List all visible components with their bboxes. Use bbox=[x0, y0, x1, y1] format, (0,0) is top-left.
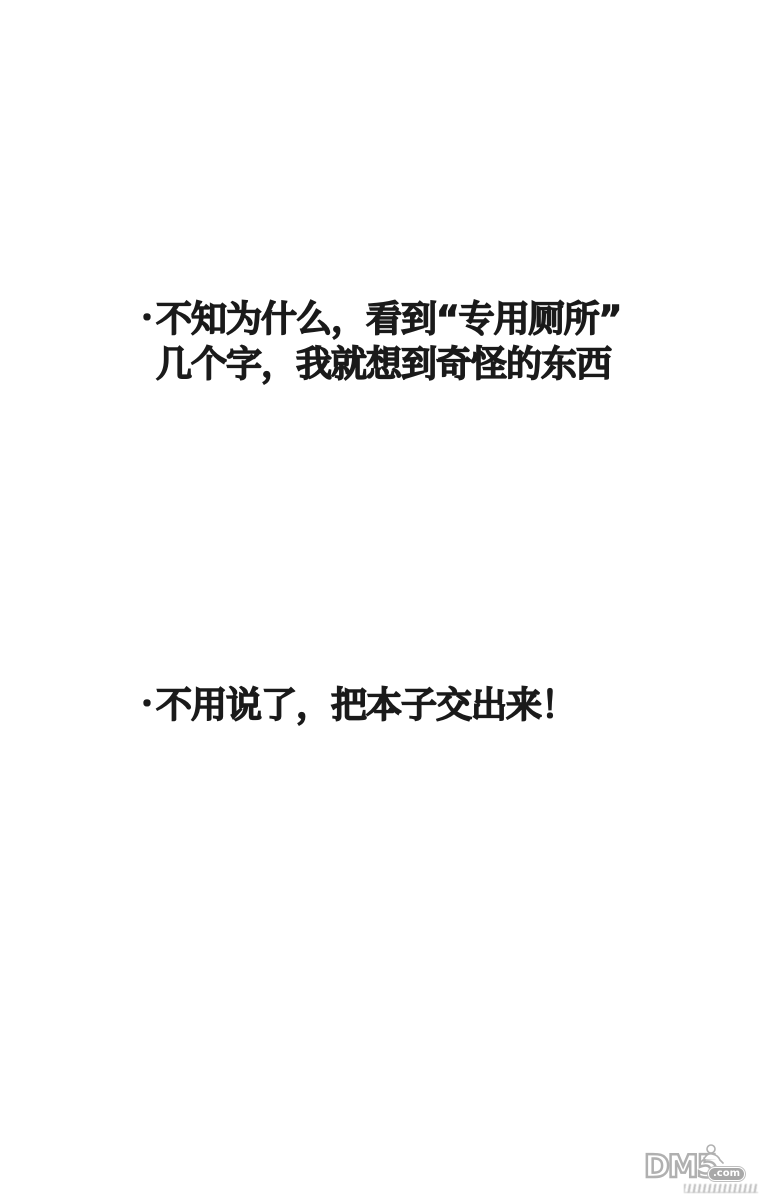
watermark-tagline-scribble bbox=[684, 1184, 758, 1193]
dm5-com-badge: .com bbox=[708, 1167, 745, 1181]
caption-lines: 不知为什么，看到“专用厕所” 几个字，我就想到奇怪的东西 bbox=[156, 297, 621, 387]
bullet-dot: ・ bbox=[130, 297, 156, 342]
caption-block-2: ・ 不用说了，把本子交出来！ bbox=[130, 683, 576, 728]
caption-block-1: ・ 不知为什么，看到“专用厕所” 几个字，我就想到奇怪的东西 bbox=[130, 297, 621, 387]
manga-page: ・ 不知为什么，看到“专用厕所” 几个字，我就想到奇怪的东西 ・ 不用说了，把本… bbox=[0, 0, 764, 1200]
bullet-dot: ・ bbox=[130, 683, 156, 728]
caption-lines: 不用说了，把本子交出来！ bbox=[156, 683, 576, 728]
caption-1-line-1: 不知为什么，看到“专用厕所” bbox=[156, 297, 621, 342]
caption-2-line-1: 不用说了，把本子交出来！ bbox=[156, 683, 576, 728]
dm5-watermark: DM5 .com bbox=[642, 1150, 762, 1198]
caption-1-line-2: 几个字，我就想到奇怪的东西 bbox=[156, 342, 621, 387]
